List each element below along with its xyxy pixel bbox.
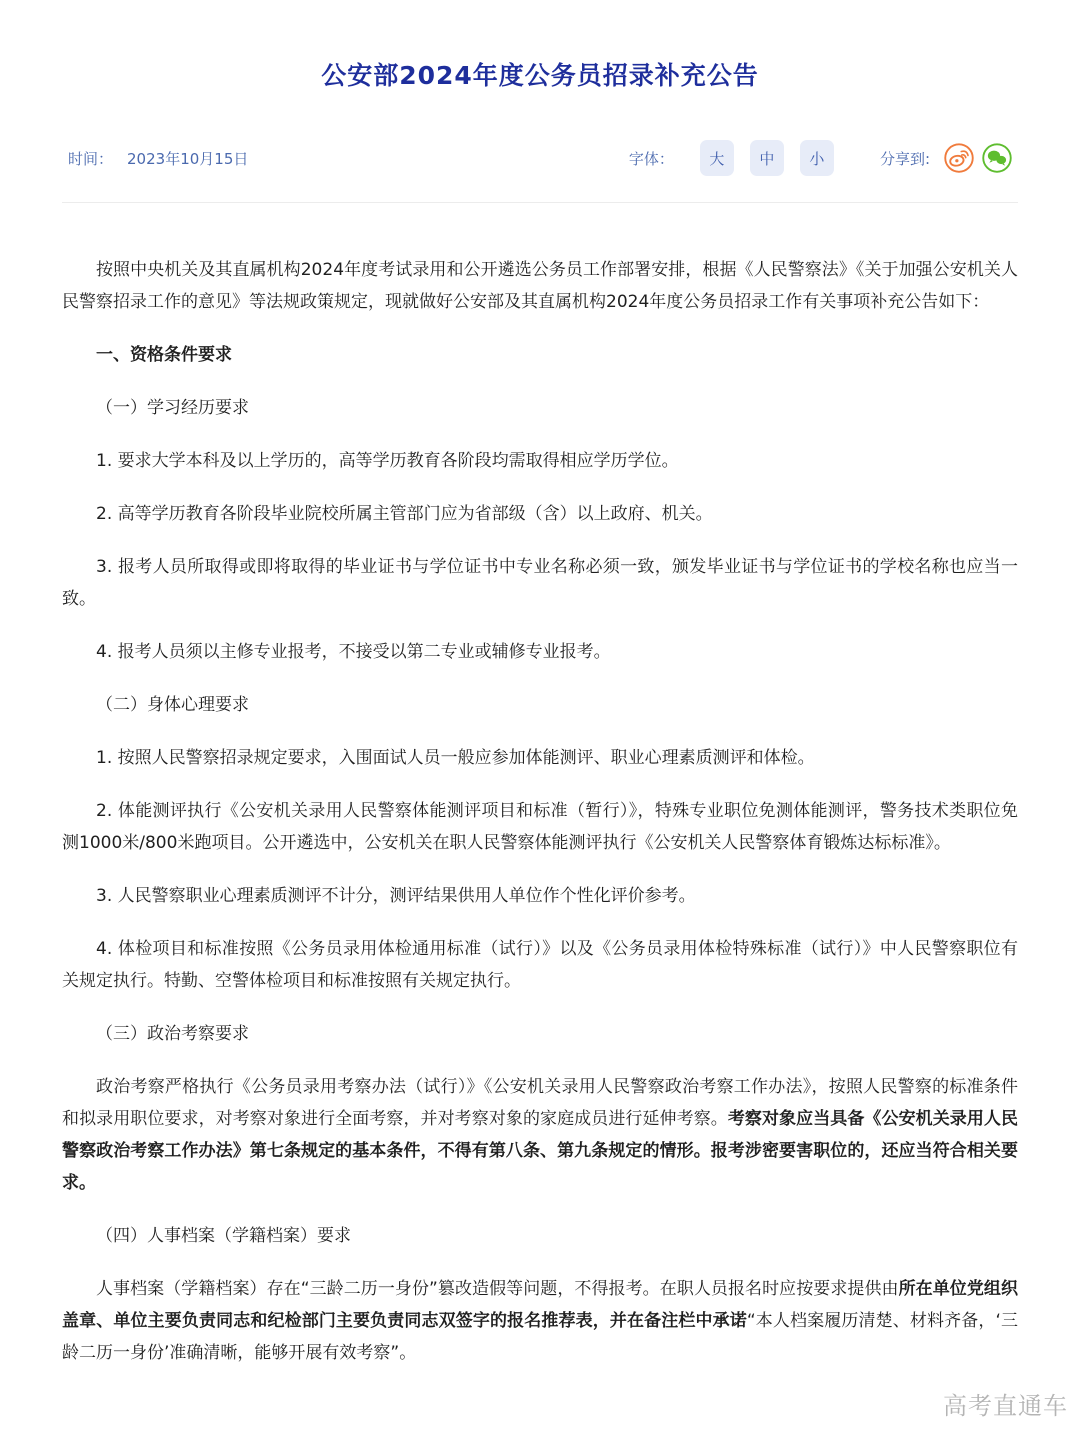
list-item: 4. 报考人员须以主修专业报考，不接受以第二专业或辅修专业报考。 (62, 636, 1018, 668)
weibo-share-icon[interactable] (944, 143, 974, 173)
announcement-page: 公安部2024年度公务员招录补充公告 时间： 2023年10月15日 字体： 大… (0, 0, 1080, 1441)
watermark: 高考直通车 (943, 1386, 1068, 1421)
article-content: 按照中央机关及其直属机构2024年度考试录用和公开遴选公务员工作部署安排，根据《… (62, 203, 1018, 1369)
time-value: 2023年10月15日 (127, 148, 248, 169)
section-1-heading: 一、资格条件要求 (62, 339, 1018, 371)
font-size-small-button[interactable]: 小 (800, 140, 834, 176)
intro-paragraph: 按照中央机关及其直属机构2024年度考试录用和公开遴选公务员工作部署安排，根据《… (62, 254, 1018, 318)
paragraph-text: 人事档案（学籍档案）存在“三龄二历一身份”篡改造假等问题，不得报考。在职人员报名… (96, 1279, 899, 1299)
time-label: 时间： (68, 148, 113, 169)
subsection-3-heading: （三）政治考察要求 (62, 1018, 1018, 1050)
font-size-medium-button[interactable]: 中 (750, 140, 784, 176)
list-item: 1. 要求大学本科及以上学历的，高等学历教育各阶段均需取得相应学历学位。 (62, 445, 1018, 477)
list-item: 1. 按照人民警察招录规定要求，入围面试人员一般应参加体能测评、职业心理素质测评… (62, 742, 1018, 774)
publish-time: 时间： 2023年10月15日 (68, 148, 248, 169)
meta-actions: 字体： 大 中 小 分享到: (629, 140, 1012, 176)
list-item: 4. 体检项目和标准按照《公务员录用体检通用标准（试行）》以及《公务员录用体检特… (62, 933, 1018, 997)
subsection-1-heading: （一）学习经历要求 (62, 392, 1018, 424)
list-item: 3. 人民警察职业心理素质测评不计分，测评结果供用人单位作个性化评价参考。 (62, 880, 1018, 912)
list-item: 2. 高等学历教育各阶段毕业院校所属主管部门应为省部级（含）以上政府、机关。 (62, 498, 1018, 530)
wechat-share-icon[interactable] (982, 143, 1012, 173)
archives-paragraph: 人事档案（学籍档案）存在“三龄二历一身份”篡改造假等问题，不得报考。在职人员报名… (62, 1273, 1018, 1369)
political-review-paragraph: 政治考察严格执行《公务员录用考察办法（试行）》《公安机关录用人民警察政治考察工作… (62, 1071, 1018, 1199)
share-label: 分享到: (880, 148, 930, 169)
font-size-label: 字体： (629, 148, 674, 169)
list-item: 2. 体能测评执行《公安机关录用人民警察体能测评项目和标准（暂行）》，特殊专业职… (62, 795, 1018, 859)
subsection-2-heading: （二）身体心理要求 (62, 689, 1018, 721)
meta-bar: 时间： 2023年10月15日 字体： 大 中 小 分享到: (62, 140, 1018, 203)
list-item: 3. 报考人员所取得或即将取得的毕业证书与学位证书中专业名称必须一致，颁发毕业证… (62, 551, 1018, 615)
subsection-4-heading: （四）人事档案（学籍档案）要求 (62, 1220, 1018, 1252)
font-size-large-button[interactable]: 大 (700, 140, 734, 176)
page-title: 公安部2024年度公务员招录补充公告 (62, 0, 1018, 92)
